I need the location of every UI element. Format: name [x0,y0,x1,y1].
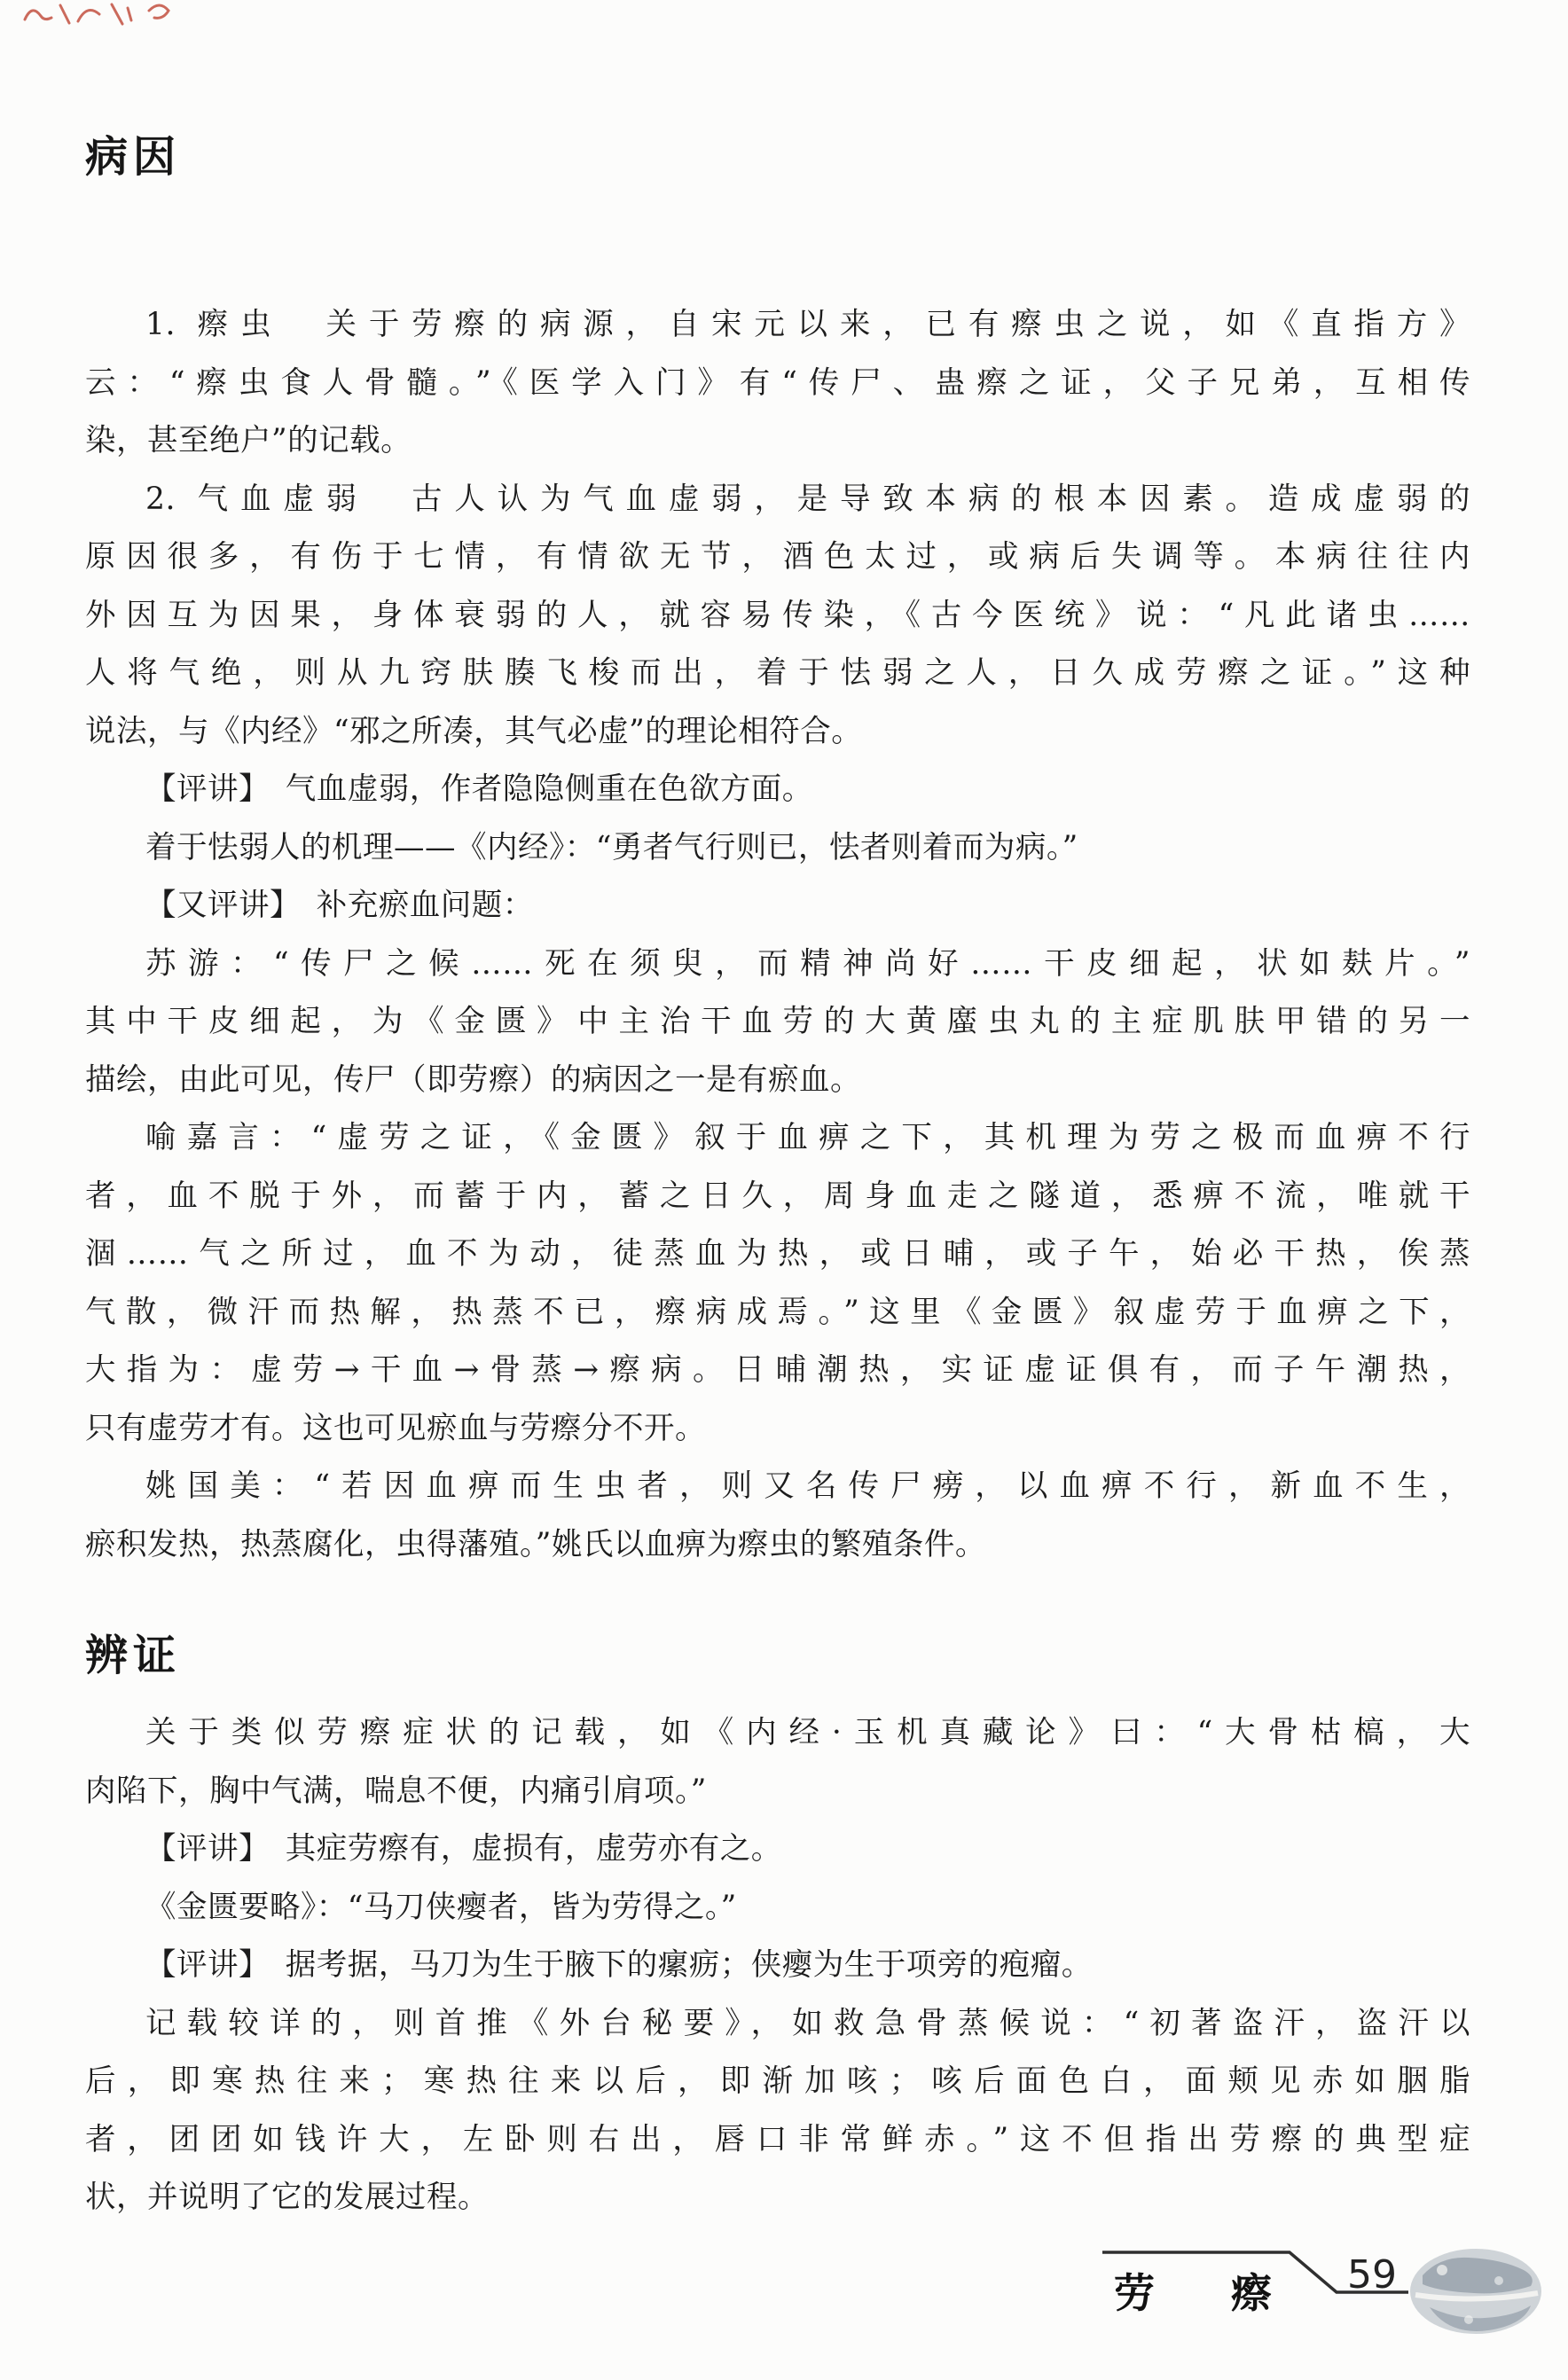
text-line: 后，即寒热往来；寒热往来以后，即渐加咳；咳后面色白，面颊见赤如胭脂 [85,2053,1470,2111]
text-line: 者，团团如钱许大，左卧则右出，唇口非常鲜赤。”这不但指出劳瘵的典型症 [85,2111,1470,2170]
text-line: 【又评讲】 补充瘀血问题： [85,877,1470,936]
text-line: 肉陷下，胸中气满，喘息不便，内痛引肩项。” [85,1763,1470,1821]
section-cause-text: 1. 瘵虫 关于劳瘵的病源，自宋元以来，已有瘵虫之说，如《直指方》 云：“瘵虫食… [85,296,1470,1574]
text-line: 者，血不脱于外，而蓄于内，蓄之日久，周身血走之隧道，悉痹不流，唯就干 [85,1168,1470,1226]
page-number: 59 [1341,2252,1403,2298]
red-ink-marks [20,0,188,30]
text-line: 涸……气之所过，血不为动，徒蒸血为热，或日晡，或子午，始必干热，俟蒸 [85,1225,1470,1284]
text-line: 其中干皮细起，为《金匮》中主治干血劳的大黄䗪虫丸的主症肌肤甲错的另一 [85,993,1470,1052]
text-line: 记载较详的，则首推《外台秘要》，如救急骨蒸候说：“初著盗汗，盗汗以 [85,1995,1470,2054]
text-line: 状，并说明了它的发展过程。 [85,2169,1470,2227]
text-line: 说法，与《内经》“邪之所凑，其气必虚”的理论相符合。 [85,703,1470,762]
footer-chapter-label-right: 瘵 [1231,2261,1272,2320]
text-line: 人将气绝，则从九窍肤腠飞梭而出，着于怯弱之人，日久成劳瘵之证。”这种 [85,645,1470,703]
section-diagnosis-text: 关于类似劳瘵症状的记载，如《内经·玉机真藏论》曰：“大骨枯槁，大 肉陷下，胸中气… [85,1704,1470,2227]
text-line: 【评讲】 据考据，马刀为生于腋下的瘰疬；侠瘿为生于项旁的疱瘤。 [85,1937,1470,1995]
text-line: 【评讲】 其症劳瘵有，虚损有，虚劳亦有之。 [85,1820,1470,1879]
text-line: 关于类似劳瘵症状的记载，如《内经·玉机真藏论》曰：“大骨枯槁，大 [85,1704,1470,1763]
text-line: 着于怯弱人的机理——《内经》：“勇者气行则已，怯者则着而为病。” [85,819,1470,878]
footer-chapter-title: 劳 瘵 [1114,2261,1272,2320]
text-line: 外因互为因果，身体衰弱的人，就容易传染，《古今医统》说：“凡此诸虫…… [85,587,1470,646]
text-line: 描绘，由此可见，传尸（即劳瘵）的病因之一是有瘀血。 [85,1052,1470,1110]
text-line: 苏游：“传尸之候……死在须臾，而精神尚好……干皮细起，状如麸片。” [85,936,1470,994]
scanned-book-page: 病因 1. 瘵虫 关于劳瘵的病源，自宋元以来，已有瘵虫之说，如《直指方》 云：“… [0,0,1568,2380]
text-line: 2. 气血虚弱 古人认为气血虚弱，是导致本病的根本因素。造成虚弱的 [85,471,1470,529]
text-line: 气散，微汗而热解，热蒸不已，瘵病成焉。”这里《金匮》叙虚劳于血痹之下， [85,1284,1470,1343]
text-line: 只有虚劳才有。这也可见瘀血与劳瘵分不开。 [85,1400,1470,1459]
text-line: 大指为：虚劳→干血→骨蒸→瘵病。日晡潮热，实证虚证俱有，而子午潮热， [85,1342,1470,1400]
text-line: 姚国美：“若因血痹而生虫者，则又名传尸痨，以血痹不行，新血不生， [85,1458,1470,1516]
text-line: 染，甚至绝户”的记载。 [85,412,1470,471]
text-line: 喻嘉言：“虚劳之证，《金匮》叙于血痹之下，其机理为劳之极而血痹不行 [85,1109,1470,1168]
text-line: 原因很多，有伤于七情，有情欲无节，酒色太过，或病后失调等。本病往往内 [85,528,1470,587]
section-heading-diagnosis: 辨证 [85,1621,181,1682]
footer-chapter-label-left: 劳 [1114,2261,1155,2320]
text-line: 瘀积发热，热蒸腐化，虫得藩殖。”姚氏以血痹为瘵虫的繁殖条件。 [85,1516,1470,1575]
text-line: 云：“瘵虫食人骨髓。”《医学入门》有“传尸、蛊瘵之证，父子兄弟，互相传 [85,355,1470,413]
text-line: 1. 瘵虫 关于劳瘵的病源，自宋元以来，已有瘵虫之说，如《直指方》 [85,296,1470,355]
text-line: 【评讲】 气血虚弱，作者隐隐侧重在色欲方面。 [85,761,1470,819]
text-line: 《金匮要略》：“马刀侠瘿者，皆为劳得之。” [85,1879,1470,1938]
ink-stamp-icon [1407,2245,1545,2337]
section-heading-cause: 病因 [85,122,181,184]
